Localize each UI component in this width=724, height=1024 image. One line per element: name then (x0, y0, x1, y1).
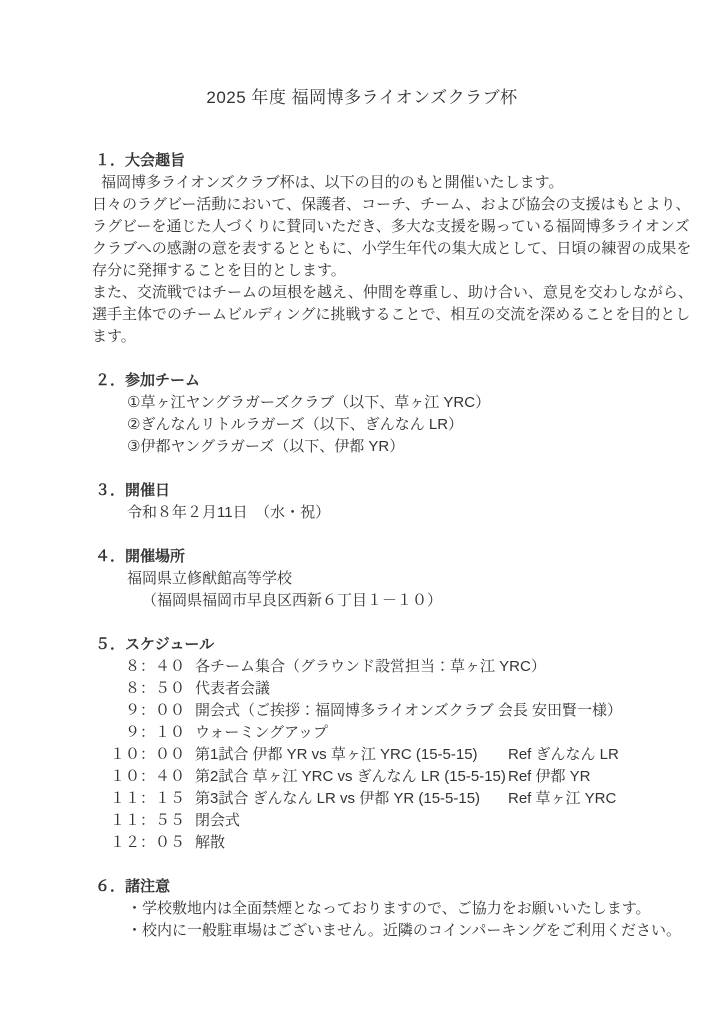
schedule-time: １０：４０ (92, 766, 185, 788)
venue-name: 福岡県立修猷館高等学校 (92, 568, 632, 590)
schedule-row: １１：５５ 閉会式 (92, 810, 632, 832)
note-item: ・学校敷地内は全面禁煙となっておりますので、ご協力をお願いいたします。 (92, 898, 632, 920)
purpose-line: 福岡博多ライオンズクラブ杯は、以下の目的のもと開催いたします。 (92, 172, 632, 194)
schedule-row: １１：１５ 第3試合 ぎんなん LR vs 伊都 YR (15-5-15) Re… (92, 788, 632, 810)
schedule-referee (508, 678, 632, 700)
schedule-row: １０：００ 第1試合 伊都 YR vs 草ヶ江 YRC (15-5-15) Re… (92, 744, 632, 766)
schedule-referee: Ref 草ヶ江 YRC (508, 788, 632, 810)
schedule-time: ８：５０ (92, 678, 185, 700)
schedule-referee (508, 810, 632, 832)
schedule-time: ８：４０ (92, 656, 185, 678)
purpose-line: また、交流戦ではチームの垣根を越え、仲間を尊重し、助け合い、意見を交わしながら、 (92, 282, 632, 304)
event-date: 令和８年２月11日 （水・祝） (92, 502, 632, 524)
schedule-row: １２：０５ 解散 (92, 832, 632, 854)
section-notes: ６．諸注意 ・学校敷地内は全面禁煙となっておりますので、ご協力をお願いいたします… (92, 876, 632, 942)
section-teams: ２．参加チーム ①草ヶ江ヤングラガーズクラブ（以下、草ヶ江 YRC） ②ぎんなん… (92, 370, 632, 458)
schedule-referee (508, 722, 632, 744)
schedule-referee (508, 832, 632, 854)
schedule-label: 解散 (185, 832, 508, 854)
schedule-label: ウォーミングアップ (185, 722, 508, 744)
purpose-line: 選手主体でのチームビルディングに挑戦することで、相互の交流を深めることを目的とし (92, 304, 632, 326)
schedule-row: ９：００ 開会式（ご挨拶：福岡博多ライオンズクラブ 会長 安田賢一様） (92, 700, 632, 722)
schedule-label: 第1試合 伊都 YR vs 草ヶ江 YRC (15-5-15) (185, 744, 508, 766)
section-purpose: １．大会趣旨 福岡博多ライオンズクラブ杯は、以下の目的のもと開催いたします。 日… (92, 150, 632, 348)
team-item: ③伊都ヤングラガーズ（以下、伊都 YR） (92, 436, 632, 458)
section-date: ３．開催日 令和８年２月11日 （水・祝） (92, 480, 632, 524)
schedule-label: 閉会式 (185, 810, 508, 832)
team-item: ①草ヶ江ヤングラガーズクラブ（以下、草ヶ江 YRC） (92, 392, 632, 414)
schedule-referee: Ref 伊都 YR (508, 766, 632, 788)
purpose-line: ラグビーを通じた人づくりに賛同いただき、多大な支援を賜っている福岡博多ライオンズ (92, 216, 632, 238)
schedule-label: 各チーム集合（グラウンド設営担当：草ヶ江 YRC） (185, 656, 508, 678)
note-item: ・校内に一般駐車場はございません。近隣のコインパーキングをご利用ください。 (92, 920, 632, 942)
schedule-row: ８：４０ 各チーム集合（グラウンド設営担当：草ヶ江 YRC） (92, 656, 632, 678)
schedule-label: 開会式（ご挨拶：福岡博多ライオンズクラブ 会長 安田賢一様） (185, 700, 508, 722)
section-purpose-heading: １．大会趣旨 (92, 150, 632, 172)
schedule-referee (508, 700, 632, 722)
purpose-line: ます。 (92, 326, 632, 348)
section-teams-heading: ２．参加チーム (92, 370, 632, 392)
schedule-time: １０：００ (92, 744, 185, 766)
schedule-time: ９：１０ (92, 722, 185, 744)
schedule-label: 第3試合 ぎんなん LR vs 伊都 YR (15-5-15) (185, 788, 508, 810)
schedule-row: １０：４０ 第2試合 草ヶ江 YRC vs ぎんなん LR (15-5-15) … (92, 766, 632, 788)
purpose-line: 日々のラグビー活動において、保護者、コーチ、チーム、および協会の支援はもとより、 (92, 194, 632, 216)
section-date-heading: ３．開催日 (92, 480, 632, 502)
purpose-line: 存分に発揮することを目的とします。 (92, 260, 632, 282)
doc-title: 2025 年度 福岡博多ライオンズクラブ杯 (92, 86, 632, 110)
section-schedule-heading: ５．スケジュール (92, 634, 632, 656)
schedule-time: ９：００ (92, 700, 185, 722)
schedule-row: ８：５０ 代表者会議 (92, 678, 632, 700)
section-venue-heading: ４．開催場所 (92, 546, 632, 568)
document-page: 2025 年度 福岡博多ライオンズクラブ杯 １．大会趣旨 福岡博多ライオンズクラ… (0, 0, 724, 1024)
schedule-referee: Ref ぎんなん LR (508, 744, 632, 766)
schedule-label: 代表者会議 (185, 678, 508, 700)
section-venue: ４．開催場所 福岡県立修猷館高等学校 （福岡県福岡市早良区西新６丁目１－１０） (92, 546, 632, 612)
schedule-row: ９：１０ ウォーミングアップ (92, 722, 632, 744)
schedule-referee (508, 656, 632, 678)
schedule-time: １２：０５ (92, 832, 185, 854)
schedule-time: １１：５５ (92, 810, 185, 832)
venue-address: （福岡県福岡市早良区西新６丁目１－１０） (92, 590, 632, 612)
schedule-time: １１：１５ (92, 788, 185, 810)
section-notes-heading: ６．諸注意 (92, 876, 632, 898)
purpose-line: クラブへの感謝の意を表するとともに、小学生年代の集大成として、日頃の練習の成果を (92, 238, 632, 260)
section-schedule: ５．スケジュール ８：４０ 各チーム集合（グラウンド設営担当：草ヶ江 YRC） … (92, 634, 632, 854)
team-item: ②ぎんなんリトルラガーズ（以下、ぎんなん LR） (92, 414, 632, 436)
schedule-label: 第2試合 草ヶ江 YRC vs ぎんなん LR (15-5-15) (185, 766, 508, 788)
